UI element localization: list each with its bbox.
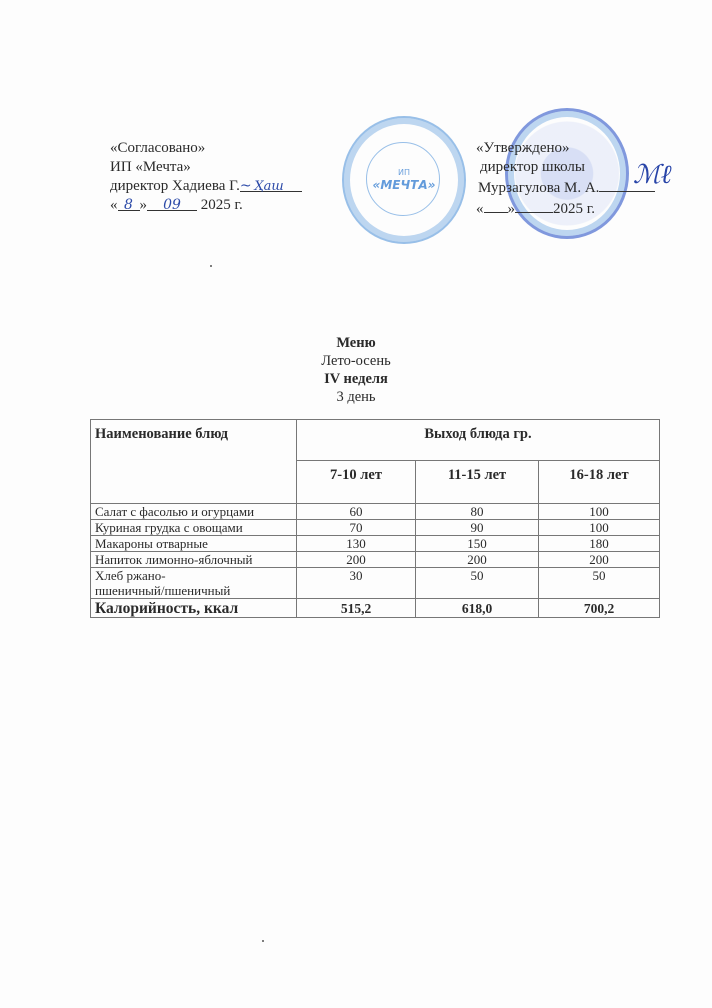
date-day-handwritten: 8 bbox=[118, 196, 140, 211]
signature-line-left: ~ Ҳаш bbox=[240, 177, 302, 192]
approval-block-left: «Согласовано» ИП «Мечта» директор Хадиев… bbox=[110, 139, 302, 215]
portion-value: 70 bbox=[297, 520, 416, 536]
date-year-right: 2025 г. bbox=[553, 201, 595, 217]
menu-heading: Меню Лето-осень IV неделя 3 день bbox=[0, 334, 712, 406]
approval-title-right: «Утверждено» bbox=[476, 139, 655, 158]
date-month-blank bbox=[515, 198, 553, 213]
table-row: Салат с фасолью и огурцами 60 80 100 bbox=[91, 504, 660, 520]
date-right: «»2025 г. bbox=[476, 198, 655, 219]
portion-value: 60 bbox=[297, 504, 416, 520]
scan-speck bbox=[262, 940, 264, 942]
portion-value: 50 bbox=[539, 568, 660, 599]
table-row: Макароны отварные 130 150 180 bbox=[91, 536, 660, 552]
signer-right: Мурзагулова М. А. bbox=[476, 177, 655, 198]
organization-name: ИП «Мечта» bbox=[110, 158, 302, 177]
dish-name-line-1: Хлеб ржано- bbox=[95, 568, 292, 583]
approval-title-left: «Согласовано» bbox=[110, 139, 302, 158]
dish-name: Хлеб ржано- пшеничный/пшеничный bbox=[91, 568, 297, 599]
menu-week: IV неделя bbox=[0, 370, 712, 388]
signature-right: ℳℓ bbox=[633, 160, 688, 190]
menu-season: Лето-осень bbox=[0, 352, 712, 370]
date-close-quote: » bbox=[140, 197, 148, 213]
menu-title: Меню bbox=[0, 334, 712, 352]
dish-name: Куриная грудка с овощами bbox=[91, 520, 297, 536]
date-day-blank bbox=[484, 198, 508, 213]
stamp-left-center-big: «МЕЧТА» bbox=[344, 178, 464, 192]
header-age-16-18: 16-18 лет bbox=[539, 461, 660, 504]
calorie-value: 700,2 bbox=[539, 599, 660, 618]
dish-name: Салат с фасолью и огурцами bbox=[91, 504, 297, 520]
header-portion-group: Выход блюда гр. bbox=[297, 420, 660, 461]
dish-name: Напиток лимонно-яблочный bbox=[91, 552, 297, 568]
calorie-value: 618,0 bbox=[416, 599, 539, 618]
signer-right-name: Мурзагулова М. А. bbox=[478, 180, 599, 196]
table-row: Напиток лимонно-яблочный 200 200 200 bbox=[91, 552, 660, 568]
portion-value: 130 bbox=[297, 536, 416, 552]
scan-speck bbox=[210, 265, 212, 267]
portion-value: 100 bbox=[539, 520, 660, 536]
calorie-value: 515,2 bbox=[297, 599, 416, 618]
table-header-row-1: Наименование блюд Выход блюда гр. bbox=[91, 420, 660, 461]
stamp-left-center-small: ИП bbox=[344, 168, 464, 177]
table-total-row: Калорийность, ккал 515,2 618,0 700,2 bbox=[91, 599, 660, 618]
total-label: Калорийность, ккал bbox=[91, 599, 297, 618]
portion-value: 200 bbox=[539, 552, 660, 568]
date-open-quote-right: « bbox=[476, 201, 484, 217]
stamp-left: ИП «МЕЧТА» bbox=[342, 116, 466, 244]
portion-value: 200 bbox=[416, 552, 539, 568]
table-row: Хлеб ржано- пшеничный/пшеничный 30 50 50 bbox=[91, 568, 660, 599]
header-age-7-10: 7-10 лет bbox=[297, 461, 416, 504]
menu-table: Наименование блюд Выход блюда гр. 7-10 л… bbox=[90, 419, 660, 618]
portion-value: 50 bbox=[416, 568, 539, 599]
table-row: Куриная грудка с овощами 70 90 100 bbox=[91, 520, 660, 536]
dish-name-line-2: пшеничный/пшеничный bbox=[95, 583, 292, 598]
portion-value: 200 bbox=[297, 552, 416, 568]
portion-value: 100 bbox=[539, 504, 660, 520]
approval-block-right: «Утверждено» директор школы Мурзагулова … bbox=[476, 139, 655, 219]
date-open-quote: « bbox=[110, 197, 118, 213]
position-right: директор школы bbox=[476, 158, 655, 177]
menu-day: 3 день bbox=[0, 388, 712, 406]
portion-value: 180 bbox=[539, 536, 660, 552]
date-left: «8»09 2025 г. bbox=[110, 196, 302, 215]
portion-value: 90 bbox=[416, 520, 539, 536]
header-dish-name: Наименование блюд bbox=[91, 420, 297, 504]
portion-value: 80 bbox=[416, 504, 539, 520]
date-year-left: 2025 г. bbox=[201, 197, 243, 213]
signer-left: директор Хадиева Г.~ Ҳаш bbox=[110, 177, 302, 196]
signer-left-name: директор Хадиева Г. bbox=[110, 178, 240, 194]
date-close-quote-right: » bbox=[508, 201, 516, 217]
date-month-handwritten: 09 bbox=[147, 196, 197, 211]
header-age-11-15: 11-15 лет bbox=[416, 461, 539, 504]
portion-value: 30 bbox=[297, 568, 416, 599]
dish-name: Макароны отварные bbox=[91, 536, 297, 552]
portion-value: 150 bbox=[416, 536, 539, 552]
